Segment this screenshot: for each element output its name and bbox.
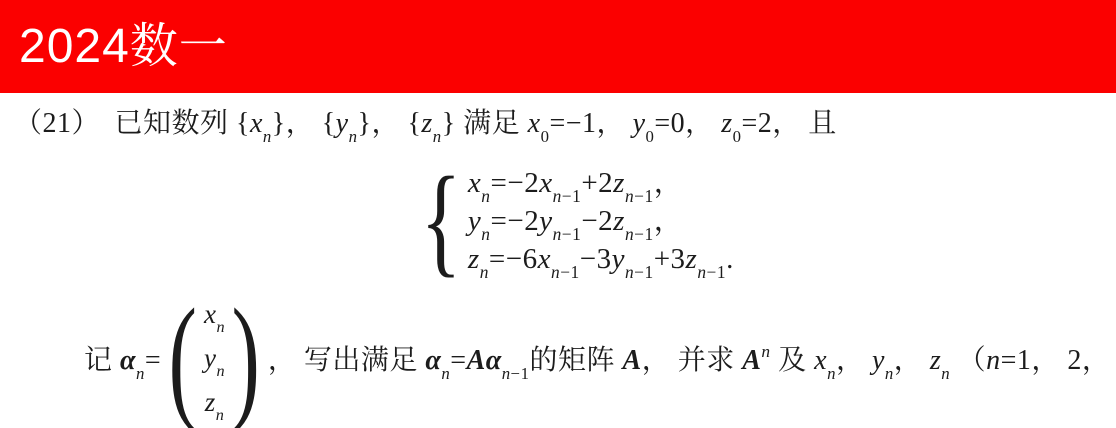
- vector-right-paren: ): [232, 288, 261, 427]
- vector-entry-z: zn: [205, 380, 225, 424]
- page-title: 2024数一: [19, 23, 228, 71]
- header-banner: 2024数一: [0, 0, 1116, 93]
- vector-entry-x: xn: [204, 292, 225, 336]
- column-vector: ( xn yn zn ): [163, 292, 266, 424]
- problem-statement: （21） 已知数列 {xn}， {yn}， {zn} 满足 x0=−1， y0=…: [14, 104, 837, 144]
- vector-entry-y: yn: [204, 336, 225, 380]
- vector-definition-prefix: 记 αn=: [84, 338, 161, 378]
- equation-line-z: zn=−6xn−1−3yn−1+3zn−1.: [468, 240, 734, 278]
- question-text: ， 写出满足 αn=Aαn−1的矩阵 A， 并求 An 及 xn， yn， zn…: [268, 338, 1116, 378]
- equation-system: { xn=−2xn−1+2zn−1， yn=−2yn−1−2zn−1， zn=−…: [416, 164, 734, 278]
- left-curly-brace: {: [420, 160, 461, 283]
- equation-column: xn=−2xn−1+2zn−1， yn=−2yn−1−2zn−1， zn=−6x…: [468, 164, 734, 278]
- equation-line-x: xn=−2xn−1+2zn−1，: [468, 164, 734, 202]
- vector-left-paren: (: [169, 288, 198, 427]
- vector-entries: xn yn zn: [204, 292, 225, 424]
- equation-line-y: yn=−2yn−1−2zn−1，: [468, 202, 734, 240]
- conclusion-line: 记 αn= ( xn yn zn ) ， 写出满足 αn=Aαn−1的矩阵 A，…: [84, 290, 1114, 426]
